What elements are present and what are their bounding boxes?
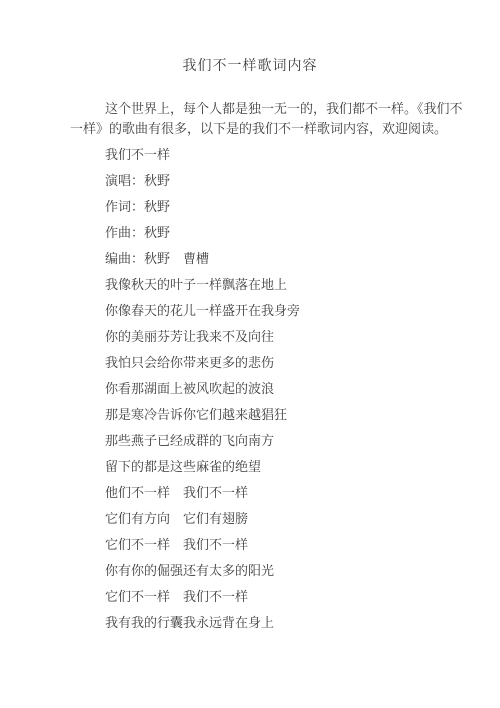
intro-line: 这个世界上，每个人都是独一无一的，我们都不一样。《我们不 — [70, 99, 444, 119]
lyric-line: 他们不一样 我们不一样 — [70, 480, 444, 506]
intro-paragraph: 这个世界上，每个人都是独一无一的，我们都不一样。《我们不 一样》的歌曲有很多，以… — [70, 99, 444, 138]
lyric-line: 你像春天的花儿一样盛开在我身旁 — [70, 298, 444, 324]
lyric-line: 留下的都是这些麻雀的绝望 — [70, 454, 444, 480]
lyric-line: 你有你的倔强还有太多的阳光 — [70, 558, 444, 584]
document-page: 我们不一样歌词内容 这个世界上，每个人都是独一无一的，我们都不一样。《我们不 一… — [0, 0, 500, 708]
arranger-line: 编曲：秋野 曹槽 — [70, 246, 444, 272]
lyricist-line: 作词：秋野 — [70, 194, 444, 220]
lyrics-block: 我们不一样 演唱：秋野 作词：秋野 作曲：秋野 编曲：秋野 曹槽 我像秋天的叶子… — [70, 142, 444, 636]
lyric-line: 它们不一样 我们不一样 — [70, 532, 444, 558]
song-title-line: 我们不一样 — [70, 142, 444, 168]
page-title: 我们不一样歌词内容 — [0, 57, 500, 77]
lyric-line: 你看那湖面上被风吹起的波浪 — [70, 376, 444, 402]
lyric-line: 我有我的行囊我永远背在身上 — [70, 610, 444, 636]
lyric-line: 它们不一样 我们不一样 — [70, 584, 444, 610]
lyric-line: 那些燕子已经成群的飞向南方 — [70, 428, 444, 454]
lyric-line: 你的美丽芬芳让我来不及向往 — [70, 324, 444, 350]
composer-line: 作曲：秋野 — [70, 220, 444, 246]
singer-line: 演唱：秋野 — [70, 168, 444, 194]
intro-line: 一样》的歌曲有很多，以下是的我们不一样歌词内容，欢迎阅读。 — [70, 119, 444, 139]
lyric-line: 我像秋天的叶子一样飘落在地上 — [70, 272, 444, 298]
lyric-line: 它们有方向 它们有翅膀 — [70, 506, 444, 532]
lyric-line: 那是寒冷告诉你它们越来越猖狂 — [70, 402, 444, 428]
lyric-line: 我怕只会给你带来更多的悲伤 — [70, 350, 444, 376]
